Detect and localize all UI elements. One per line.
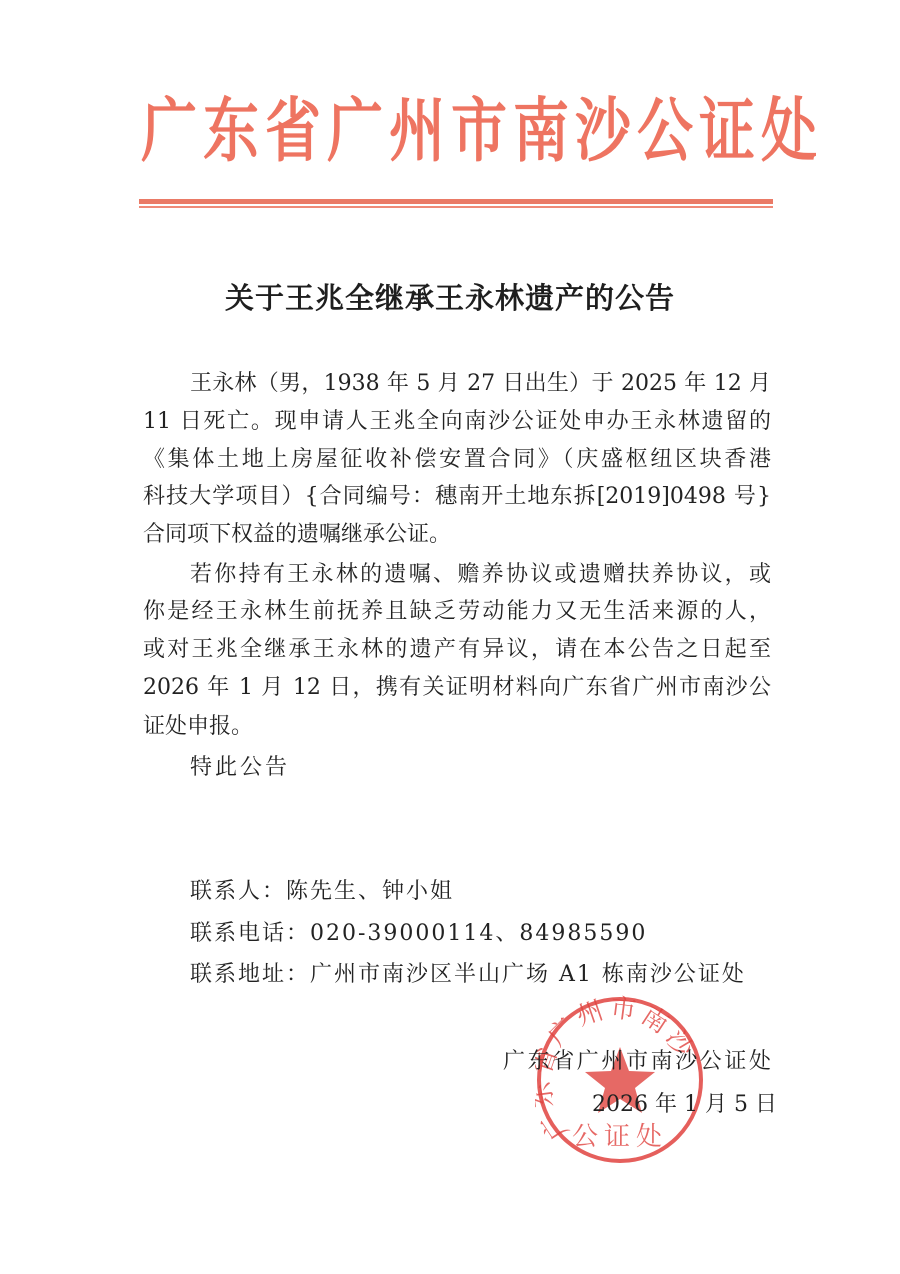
paragraph-2-line: 2026 年 1 月 12 日，携有关证明材料向广东省广州市南沙公 (143, 673, 771, 703)
paragraph-1-line: 《集体土地上房屋征收补偿安置合同》（庆盛枢纽区块香港 (143, 445, 771, 475)
letterhead-char: 广 (141, 83, 197, 179)
paragraph-1-line: 合同项下权益的遗嘱继承公证。 (143, 520, 771, 550)
letterhead-rule-thin (139, 206, 773, 208)
paragraph-1-line: 王永林（男，1938 年 5 月 27 日出生）于 2025 年 12 月 (190, 369, 771, 399)
letterhead-rule-thick (139, 199, 773, 204)
paragraph-2-line: 若你持有王永林的遗嘱、赡养协议或遗赠扶养协议，或 (190, 560, 771, 590)
letterhead: 广 东 省 广 州 市 南 沙 公 证 处 (138, 88, 774, 174)
official-seal: 广东省广州市南沙 公证处 (535, 995, 705, 1165)
contact-phone: 联系电话：020-39000114、84985590 (190, 919, 647, 949)
letterhead-char: 沙 (575, 83, 631, 179)
letterhead-char: 南 (513, 83, 569, 179)
letterhead-char: 处 (761, 83, 817, 179)
letterhead-char: 广 (327, 83, 383, 179)
letterhead-char: 市 (451, 83, 507, 179)
closing-text: 特此公告 (190, 753, 290, 783)
letterhead-char: 省 (265, 83, 321, 179)
paragraph-1-line: 11 日死亡。现申请人王兆全向南沙公证处申办王永林遗留的 (143, 407, 771, 437)
seal-bottom-text: 公证处 (572, 1122, 668, 1152)
letterhead-char: 州 (389, 83, 445, 179)
letterhead-char: 东 (203, 83, 259, 179)
letterhead-char: 证 (699, 83, 755, 179)
paragraph-1-line: 科技大学项目）{合同编号：穗南开土地东拆[2019]0498 号} (143, 482, 771, 512)
letterhead-char: 公 (637, 83, 693, 179)
paragraph-2-line: 或对王兆全继承王永林的遗产有异议，请在本公告之日起至 (143, 635, 771, 665)
contact-address: 联系地址：广州市南沙区半山广场 A1 栋南沙公证处 (190, 960, 746, 990)
paragraph-2-line: 证处申报。 (143, 712, 771, 742)
contact-person: 联系人：陈先生、钟小姐 (190, 877, 454, 907)
notice-title: 关于王兆全继承王永林遗产的公告 (0, 276, 900, 320)
signature-org: 广东省广州市南沙公证处 (503, 1047, 771, 1077)
paragraph-2-line: 你是经王永林生前抚养且缺乏劳动能力又无生活来源的人， (143, 597, 771, 627)
signature-date: 2026 年 1 月 5 日 (592, 1090, 770, 1120)
